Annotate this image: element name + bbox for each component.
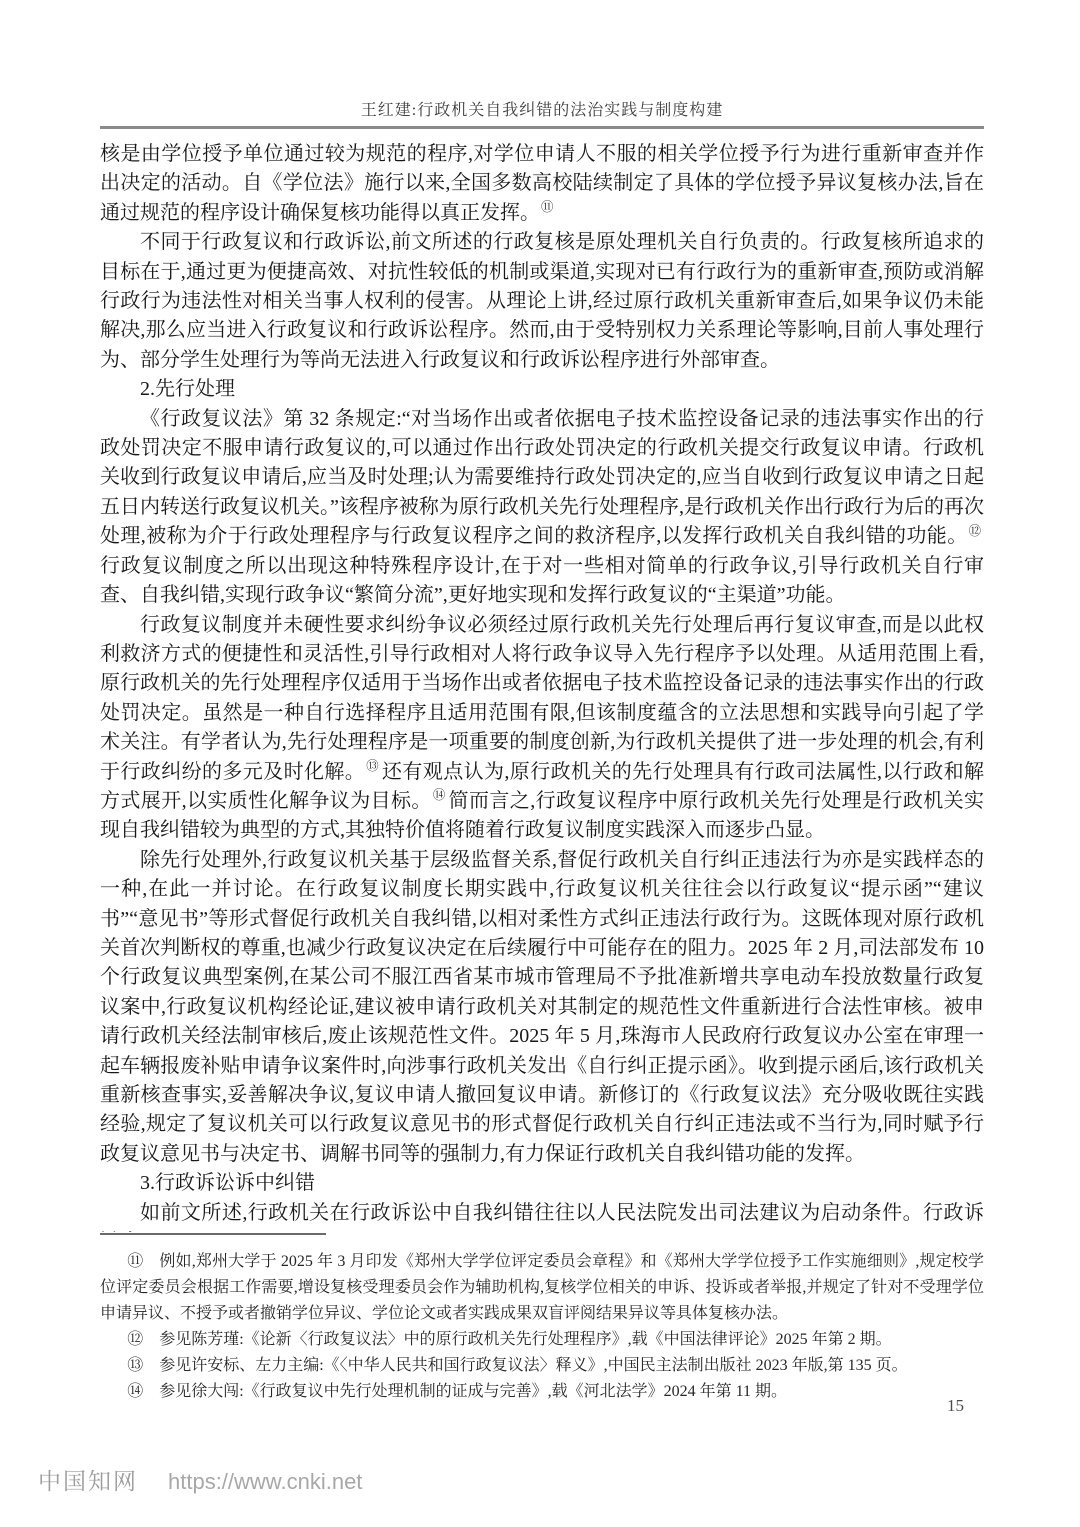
paragraph: 如前文所述,行政机关在行政诉讼中自我纠错往往以人民法院发出司法建议为启动条件。行…: [100, 1199, 984, 1232]
paragraph: 《行政复议法》第 32 条规定:“对当场作出或者依据电子技术监控设备记录的违法事…: [100, 405, 984, 611]
subheading-text: 3.行政诉讼诉中纠错: [140, 1172, 315, 1194]
paragraph-text: 除先行处理外,行政复议机关基于层级监督关系,督促行政机关自行纠正违法行为亦是实践…: [100, 849, 984, 1165]
footnote-ref-12: ⑫: [969, 524, 981, 538]
paragraph-text: 行政复议制度之所以出现这种特殊程序设计,在于对一些相对简单的行政争议,引导行政机…: [100, 555, 984, 606]
subheading-text: 2.先行处理: [140, 378, 235, 400]
page-number: 15: [100, 1396, 964, 1416]
paragraph: 不同于行政复议和行政诉讼,前文所述的行政复核是原处理机关自行负责的。行政复核所追…: [100, 228, 984, 375]
paragraph: 除先行处理外,行政复议机关基于层级监督关系,督促行政机关自行纠正违法行为亦是实践…: [100, 846, 984, 1169]
footnote-separator: [100, 1233, 326, 1235]
footnote-11: ⑪例如,郑州大学于 2025 年 3 月印发《郑州大学学位评定委员会章程》和《郑…: [100, 1249, 984, 1327]
footnote-text: 例如,郑州大学于 2025 年 3 月印发《郑州大学学位评定委员会章程》和《郑州…: [100, 1253, 984, 1322]
paragraph-text: 行政复议制度并未硬性要求纠纷争议必须经过原行政机关先行处理后再行复议审查,而是以…: [100, 614, 984, 783]
paragraph-text: 如前文所述,行政机关在行政诉讼中自我纠错往往以人民法院发出司法建议为启动条件。行…: [100, 1202, 984, 1232]
footnote-12: ⑫参见陈芳瑾:《论新〈行政复议法〉中的原行政机关先行处理程序》,载《中国法律评论…: [100, 1327, 984, 1353]
cnki-url: https://www.cnki.net: [168, 1469, 362, 1494]
footnote-ref-14: ⑭: [433, 788, 446, 802]
running-header-title: 王红建:行政机关自我纠错的法治实践与制度构建: [100, 97, 984, 120]
footnote-marker: ⑪: [127, 1253, 143, 1270]
paragraph: 行政复议制度并未硬性要求纠纷争议必须经过原行政机关先行处理后再行复议审查,而是以…: [100, 611, 984, 846]
paragraph-text: 《行政复议法》第 32 条规定:“对当场作出或者依据电子技术监控设备记录的违法事…: [100, 408, 984, 548]
cnki-watermark: 中国知网https://www.cnki.net: [38, 1463, 362, 1496]
footnote-ref-11: ⑪: [541, 200, 553, 214]
paragraph-continuation: 核是由学位授予单位通过较为规范的程序,对学位申请人不服的相关学位授予行为进行重新…: [100, 140, 984, 228]
subheading-susong-jiucuo: 3.行政诉讼诉中纠错: [100, 1169, 984, 1198]
article-body: 核是由学位授予单位通过较为规范的程序,对学位申请人不服的相关学位授予行为进行重新…: [100, 140, 984, 1232]
paragraph-text: 不同于行政复议和行政诉讼,前文所述的行政复核是原处理机关自行负责的。行政复核所追…: [100, 231, 984, 371]
footnote-ref-13: ⑬: [366, 759, 379, 773]
journal-page: 王红建:行政机关自我纠错的法治实践与制度构建 核是由学位授予单位通过较为规范的程…: [0, 0, 1080, 1527]
subheading-xianxing-chuli: 2.先行处理: [100, 375, 984, 404]
footnote-marker: ⑫: [127, 1331, 143, 1348]
footnote-text: 参见许安标、左力主编:《〈中华人民共和国行政复议法〉释义》,中国民主法制出版社 …: [159, 1357, 907, 1374]
footnotes-section: ⑪例如,郑州大学于 2025 年 3 月印发《郑州大学学位评定委员会章程》和《郑…: [100, 1249, 984, 1405]
footnote-13: ⑬参见许安标、左力主编:《〈中华人民共和国行政复议法〉释义》,中国民主法制出版社…: [100, 1353, 984, 1379]
footnote-marker: ⑬: [127, 1357, 143, 1374]
header-rule: [100, 126, 984, 129]
cnki-brand-label: 中国知网: [38, 1468, 138, 1494]
footnote-text: 参见陈芳瑾:《论新〈行政复议法〉中的原行政机关先行处理程序》,载《中国法律评论》…: [159, 1331, 891, 1348]
